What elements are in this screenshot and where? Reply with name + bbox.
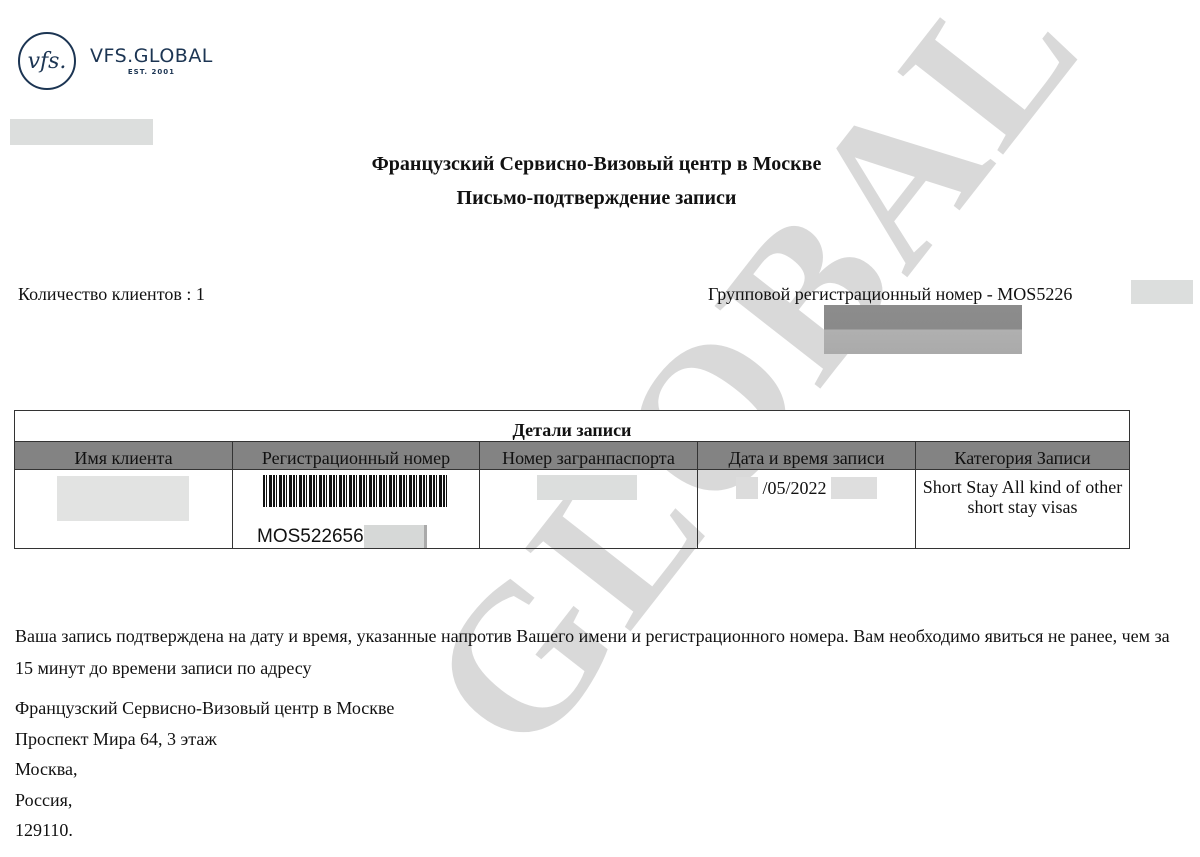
redacted-group-number-block: [824, 305, 1022, 354]
appointment-details-table: Детали записи Имя клиента Регистрационны…: [14, 410, 1130, 549]
address-block: Французский Сервисно-Визовый центр в Мос…: [15, 693, 394, 846]
logo-name: VFS.GLOBAL: [90, 46, 213, 66]
address-line: 129110.: [15, 815, 394, 846]
redacted-group-number-end: [1131, 280, 1193, 304]
page-title: Французский Сервисно-Визовый центр в Мос…: [0, 153, 1193, 176]
table-caption: Детали записи: [15, 411, 1130, 442]
redacted-client-name: [57, 476, 189, 521]
redacted-reference: [10, 119, 153, 145]
confirmation-paragraph: Ваша запись подтверждена на дату и время…: [15, 620, 1175, 684]
client-count: Количество клиентов : 1: [18, 284, 205, 305]
redacted-day: [736, 477, 758, 499]
address-line: Французский Сервисно-Визовый центр в Мос…: [15, 693, 394, 724]
redacted-registration-suffix: [364, 525, 427, 548]
table-row: MOS522656 /05/2022 Short Stay All kind o…: [15, 470, 1130, 549]
column-passport-number: Номер загранпаспорта: [480, 442, 698, 470]
table-header-row: Имя клиента Регистрационный номер Номер …: [15, 442, 1130, 470]
registration-number: MOS522656: [257, 526, 364, 548]
cell-category: Short Stay All kind of other short stay …: [916, 470, 1130, 549]
column-registration-number: Регистрационный номер: [233, 442, 480, 470]
appointment-category: Short Stay All kind of other short stay …: [916, 470, 1129, 517]
barcode-icon: [263, 475, 449, 507]
address-line: Москва,: [15, 754, 394, 785]
vfs-logo-icon: vfs.: [18, 32, 76, 90]
address-line: Россия,: [15, 785, 394, 816]
group-registration-number: Групповой регистрационный номер - MOS522…: [708, 284, 1072, 305]
cell-client-name: [15, 470, 233, 549]
column-client-name: Имя клиента: [15, 442, 233, 470]
redacted-time: [831, 477, 877, 499]
redacted-passport-number: [537, 475, 637, 500]
column-appointment-date: Дата и время записи: [698, 442, 916, 470]
cell-registration-number: MOS522656: [233, 470, 480, 549]
logo-established: EST. 2001: [90, 68, 213, 76]
appointment-date: /05/2022: [762, 478, 826, 499]
address-line: Проспект Мира 64, 3 этаж: [15, 724, 394, 755]
column-category: Категория Записи: [916, 442, 1130, 470]
cell-passport-number: [480, 470, 698, 549]
cell-appointment-date: /05/2022: [698, 470, 916, 549]
vfs-global-logo: vfs. VFS.GLOBAL EST. 2001: [18, 32, 213, 90]
page-subtitle: Письмо-подтверждение записи: [0, 187, 1193, 210]
